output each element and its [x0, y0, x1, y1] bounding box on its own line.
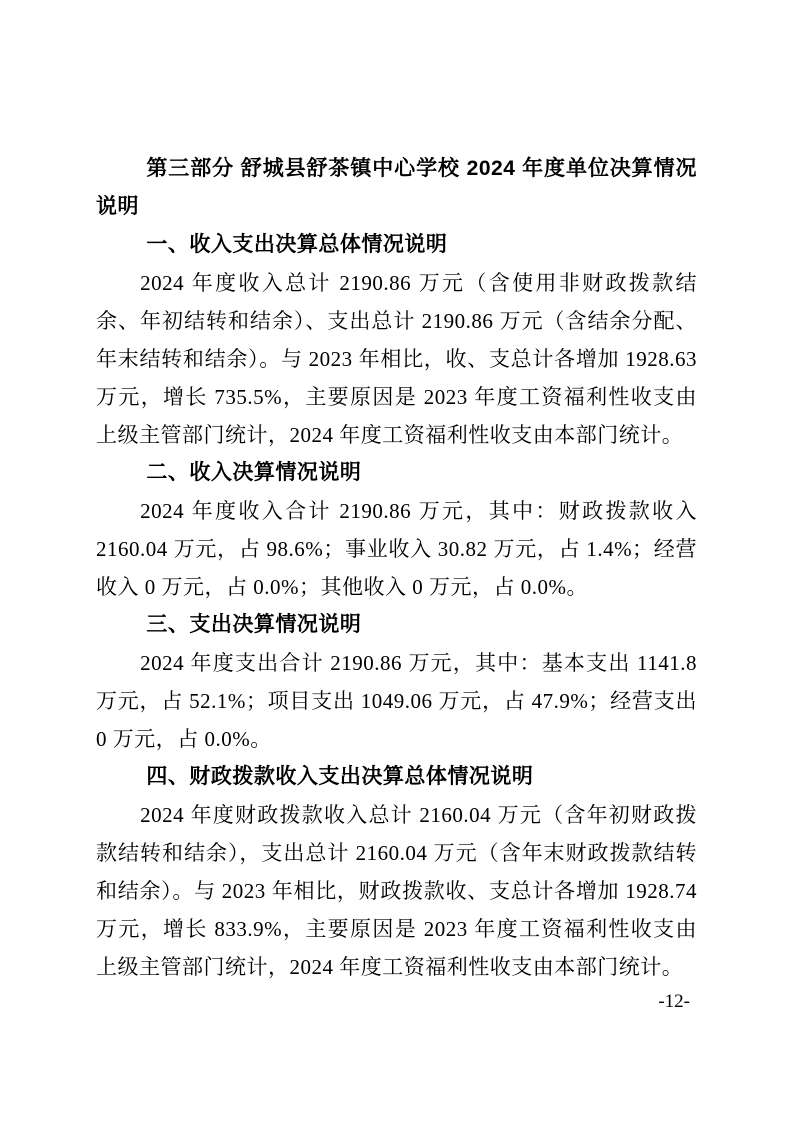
page-number: -12- — [0, 991, 690, 1013]
section-heading-income-expenditure-overall: 一、收入支出决算总体情况说明 — [96, 226, 697, 264]
section-heading-expenditure: 三、支出决算情况说明 — [96, 606, 697, 644]
document-content: 第三部分 舒城县舒茶镇中心学校 2024 年度单位决算情况说明 一、收入支出决算… — [96, 150, 697, 986]
section-paragraph: 2024 年度财政拨款收入总计 2160.04 万元（含年初财政拨款结转和结余）… — [96, 796, 697, 986]
section-paragraph: 2024 年度收入合计 2190.86 万元，其中：财政拨款收入 2160.04… — [96, 492, 697, 606]
document-page: 第三部分 舒城县舒茶镇中心学校 2024 年度单位决算情况说明 一、收入支出决算… — [0, 0, 793, 1122]
section-paragraph: 2024 年度支出合计 2190.86 万元，其中：基本支出 1141.8 万元… — [96, 644, 697, 758]
section-heading-income: 二、收入决算情况说明 — [96, 454, 697, 492]
document-title: 第三部分 舒城县舒茶镇中心学校 2024 年度单位决算情况说明 — [96, 150, 697, 226]
section-paragraph: 2024 年度收入总计 2190.86 万元（含使用非财政拨款结余、年初结转和结… — [96, 264, 697, 454]
section-heading-fiscal-appropriation-overall: 四、财政拨款收入支出决算总体情况说明 — [96, 758, 697, 796]
